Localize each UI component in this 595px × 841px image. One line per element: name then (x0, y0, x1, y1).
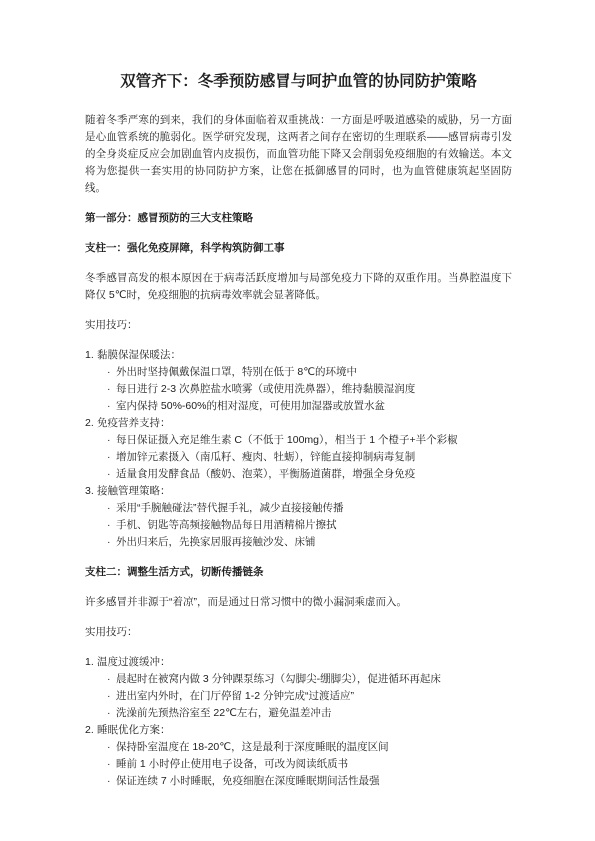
list-item-label: 温度过渡缓冲： (97, 654, 171, 671)
bullet-text: 保持卧室温度在 18-20℃，这是最利于深度睡眠的温度区间 (116, 739, 512, 756)
list-item: 3. 接触管理策略： (85, 483, 512, 500)
bullet-icon: · (107, 773, 116, 790)
list-item-number: 3. (85, 483, 97, 500)
list-bullet: · 外出时坚持佩戴保温口罩，特别在低于 8℃的环境中 (85, 364, 512, 381)
bullet-text: 外出归来后，先换家居服再接触沙发、床铺 (116, 534, 512, 551)
bullet-text: 采用“手腕触碰法”替代握手礼，减少直接接触传播 (116, 500, 512, 517)
bullet-icon: · (107, 466, 116, 483)
bullet-text: 洗澡前先预热浴室至 22℃左右，避免温差冲击 (116, 705, 512, 722)
list-bullet: · 睡前 1 小时停止使用电子设备，可改为阅读纸质书 (85, 756, 512, 773)
list-bullet: · 适量食用发酵食品（酸奶、泡菜），平衡肠道菌群，增强全身免疫 (85, 466, 512, 483)
bullet-icon: · (107, 705, 116, 722)
bullet-text: 室内保持 50%-60%的相对湿度，可使用加湿器或放置水盆 (116, 398, 512, 415)
pillar1-list: 1. 黏膜保湿保暖法： · 外出时坚持佩戴保温口罩，特别在低于 8℃的环境中 ·… (85, 347, 512, 551)
list-bullet: · 每日进行 2-3 次鼻腔盐水喷雾（或使用洗鼻器），维持黏膜湿润度 (85, 381, 512, 398)
pillar2-tips-label: 实用技巧： (85, 624, 512, 641)
list-item: 1. 黏膜保湿保暖法： (85, 347, 512, 364)
list-item: 2. 睡眠优化方案： (85, 722, 512, 739)
list-bullet: · 洗澡前先预热浴室至 22℃左右，避免温差冲击 (85, 705, 512, 722)
list-item-number: 1. (85, 654, 97, 671)
bullet-icon: · (107, 756, 116, 773)
bullet-text: 每日保证摄入充足维生素 C（不低于 100mg），相当于 1 个橙子+半个彩椒 (116, 432, 512, 449)
pillar2-intro: 许多感冒并非源于“着凉”，而是通过日常习惯中的微小漏洞乘虚而入。 (85, 594, 512, 611)
bullet-text: 睡前 1 小时停止使用电子设备，可改为阅读纸质书 (116, 756, 512, 773)
list-bullet: · 晨起时在被窝内做 3 分钟踝泵练习（勾脚尖-绷脚尖），促进循环再起床 (85, 671, 512, 688)
list-bullet: · 采用“手腕触碰法”替代握手礼，减少直接接触传播 (85, 500, 512, 517)
bullet-icon: · (107, 381, 116, 398)
pillar2-list: 1. 温度过渡缓冲： · 晨起时在被窝内做 3 分钟踝泵练习（勾脚尖-绷脚尖），… (85, 654, 512, 790)
pillar1-tips-label: 实用技巧： (85, 317, 512, 334)
bullet-icon: · (107, 534, 116, 551)
bullet-icon: · (107, 500, 116, 517)
list-item-label: 黏膜保湿保暖法： (97, 347, 181, 364)
bullet-icon: · (107, 449, 116, 466)
bullet-text: 每日进行 2-3 次鼻腔盐水喷雾（或使用洗鼻器），维持黏膜湿润度 (116, 381, 512, 398)
bullet-text: 保证连续 7 小时睡眠，免疫细胞在深度睡眠期间活性最强 (116, 773, 512, 790)
bullet-text: 晨起时在被窝内做 3 分钟踝泵练习（勾脚尖-绷脚尖），促进循环再起床 (116, 671, 512, 688)
bullet-icon: · (107, 398, 116, 415)
list-item-number: 2. (85, 722, 97, 739)
list-bullet: · 保持卧室温度在 18-20℃，这是最利于深度睡眠的温度区间 (85, 739, 512, 756)
bullet-text: 外出时坚持佩戴保温口罩，特别在低于 8℃的环境中 (116, 364, 512, 381)
bullet-text: 进出室内外时，在门厅停留 1-2 分钟完成“过渡适应” (116, 688, 512, 705)
bullet-icon: · (107, 432, 116, 449)
intro-paragraph: 随着冬季严寒的到来，我们的身体面临着双重挑战：一方面是呼吸道感染的威胁，另一方面… (85, 112, 512, 197)
list-bullet: · 室内保持 50%-60%的相对湿度，可使用加湿器或放置水盆 (85, 398, 512, 415)
document-page: 双管齐下：冬季预防感冒与呵护血管的协同防护策略 随着冬季严寒的到来，我们的身体面… (0, 0, 595, 841)
list-item-label: 接触管理策略： (97, 483, 171, 500)
list-item: 1. 温度过渡缓冲： (85, 654, 512, 671)
pillar1-intro: 冬季感冒高发的根本原因在于病毒活跃度增加与局部免疫力下降的双重作用。当鼻腔温度下… (85, 270, 512, 304)
bullet-icon: · (107, 739, 116, 756)
bullet-icon: · (107, 688, 116, 705)
list-bullet: · 外出归来后，先换家居服再接触沙发、床铺 (85, 534, 512, 551)
list-item-number: 1. (85, 347, 97, 364)
list-bullet: · 每日保证摄入充足维生素 C（不低于 100mg），相当于 1 个橙子+半个彩… (85, 432, 512, 449)
bullet-icon: · (107, 517, 116, 534)
bullet-text: 增加锌元素摄入（南瓜籽、瘦肉、牡蛎），锌能直接抑制病毒复制 (116, 449, 512, 466)
bullet-icon: · (107, 671, 116, 688)
document-title: 双管齐下：冬季预防感冒与呵护血管的协同防护策略 (85, 71, 512, 93)
pillar1-heading: 支柱一：强化免疫屏障，科学构筑防御工事 (85, 240, 512, 257)
list-bullet: · 手机、钥匙等高频接触物品每日用酒精棉片擦拭 (85, 517, 512, 534)
list-bullet: · 增加锌元素摄入（南瓜籽、瘦肉、牡蛎），锌能直接抑制病毒复制 (85, 449, 512, 466)
bullet-text: 适量食用发酵食品（酸奶、泡菜），平衡肠道菌群，增强全身免疫 (116, 466, 512, 483)
bullet-icon: · (107, 364, 116, 381)
list-bullet: · 保证连续 7 小时睡眠，免疫细胞在深度睡眠期间活性最强 (85, 773, 512, 790)
section-heading-part1: 第一部分：感冒预防的三大支柱策略 (85, 210, 512, 227)
list-item-label: 睡眠优化方案： (97, 722, 171, 739)
pillar2-heading: 支柱二：调整生活方式，切断传播链条 (85, 564, 512, 581)
list-item-label: 免疫营养支持： (97, 415, 171, 432)
bullet-text: 手机、钥匙等高频接触物品每日用酒精棉片擦拭 (116, 517, 512, 534)
list-item-number: 2. (85, 415, 97, 432)
list-bullet: · 进出室内外时，在门厅停留 1-2 分钟完成“过渡适应” (85, 688, 512, 705)
list-item: 2. 免疫营养支持： (85, 415, 512, 432)
